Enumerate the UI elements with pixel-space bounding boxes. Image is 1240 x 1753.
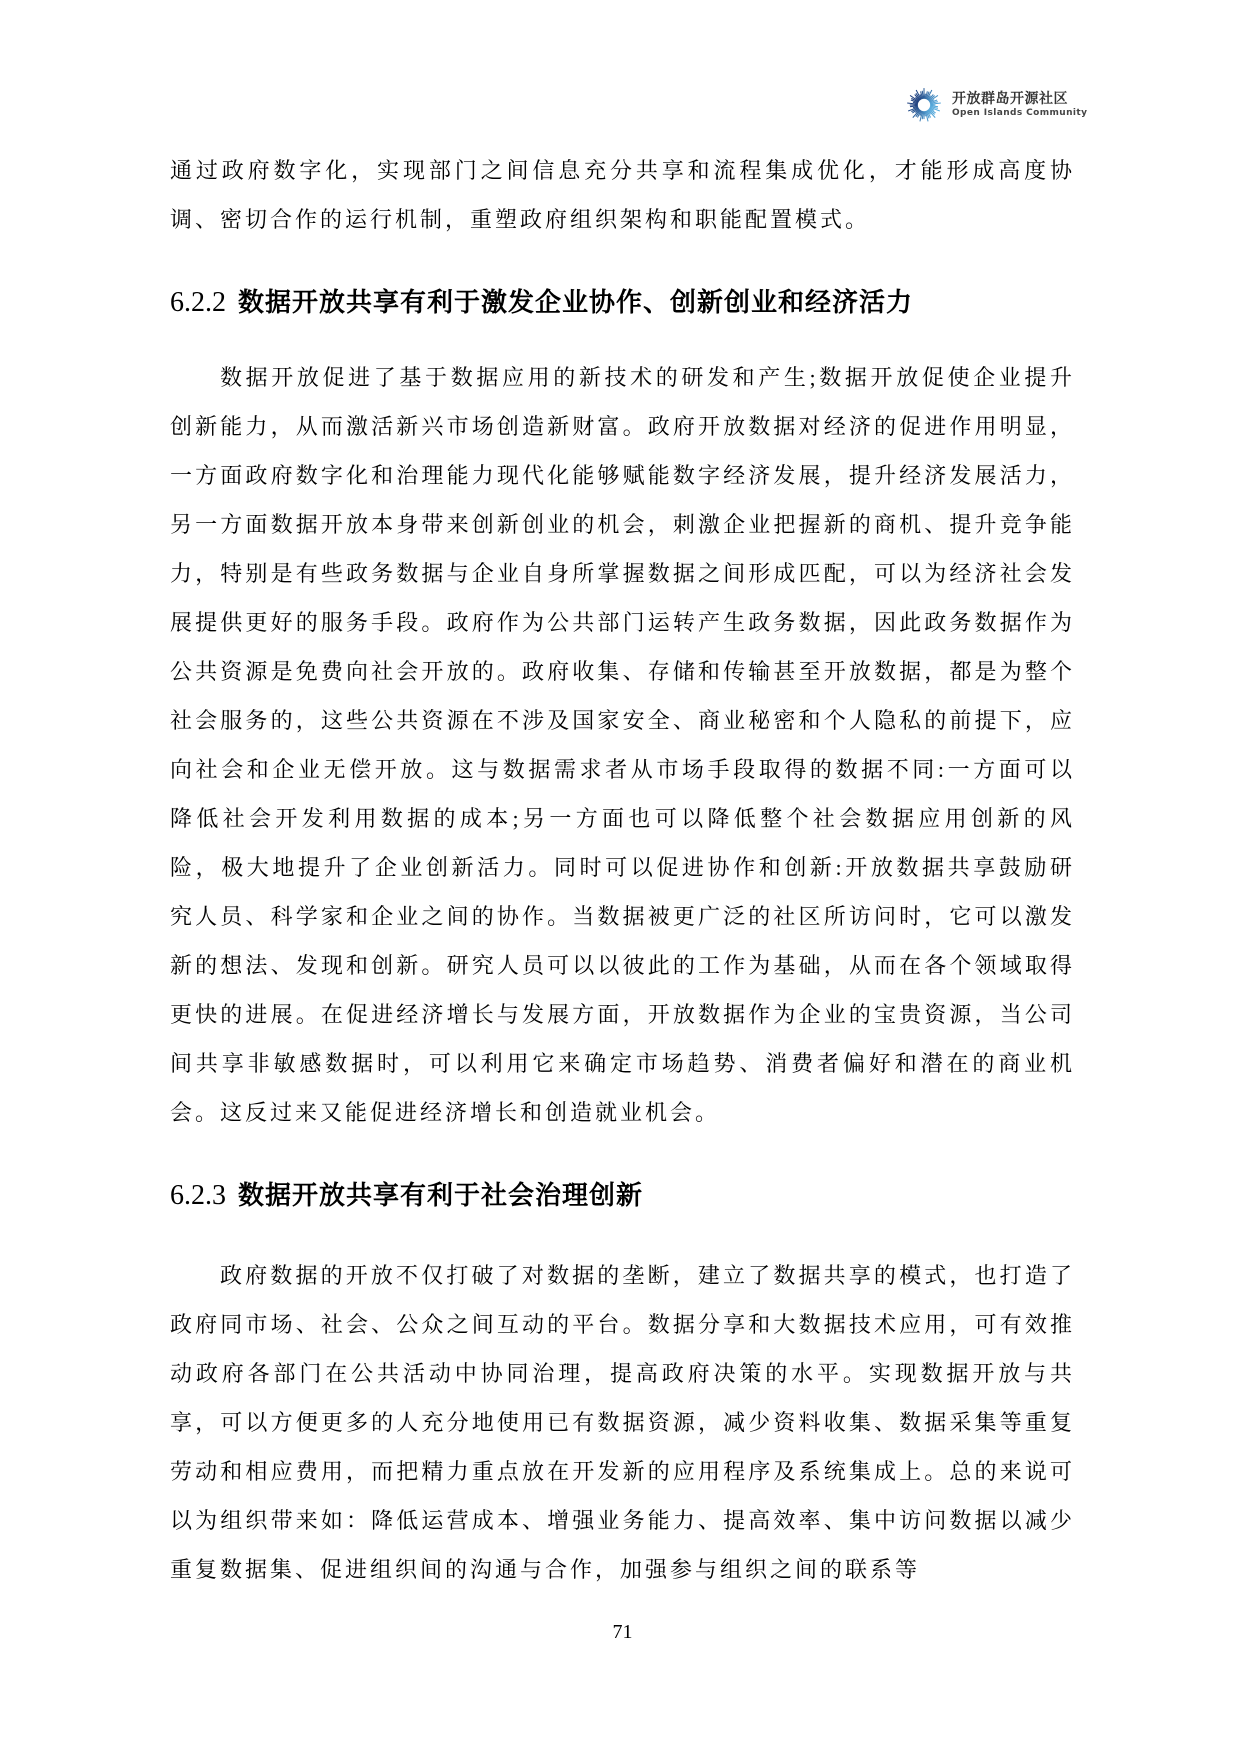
logo-text: 开放群岛开源社区 Open Islands Community xyxy=(952,91,1087,119)
intro-paragraph: 通过政府数字化，实现部门之间信息充分共享和流程集成优化，才能形成高度协调、密切合… xyxy=(170,146,1075,244)
sunburst-logo-icon xyxy=(905,86,943,124)
heading-title: 数据开放共享有利于社会治理创新 xyxy=(238,1181,643,1211)
logo-name-en: Open Islands Community xyxy=(952,108,1087,119)
logo-name-zh: 开放群岛开源社区 xyxy=(952,91,1087,108)
section-heading-622: 6.2.2数据开放共享有利于激发企业协作、创新创业和经济活力 xyxy=(170,283,1075,324)
heading-number: 6.2.2 xyxy=(170,287,226,318)
document-page: 开放群岛开源社区 Open Islands Community 通过政府数字化，… xyxy=(0,0,1240,1753)
section-heading-623: 6.2.3数据开放共享有利于社会治理创新 xyxy=(170,1176,1075,1217)
heading-title: 数据开放共享有利于激发企业协作、创新创业和经济活力 xyxy=(238,288,913,318)
heading-number: 6.2.3 xyxy=(170,1180,226,1211)
community-logo: 开放群岛开源社区 Open Islands Community xyxy=(905,86,1087,124)
section-623-paragraph: 政府数据的开放不仅打破了对数据的垄断，建立了数据共享的模式，也打造了政府同市场、… xyxy=(170,1251,1075,1594)
page-number: 71 xyxy=(170,1620,1075,1644)
section-622-paragraph: 数据开放促进了基于数据应用的新技术的研发和产生;数据开放促使企业提升创新能力，从… xyxy=(170,353,1075,1137)
